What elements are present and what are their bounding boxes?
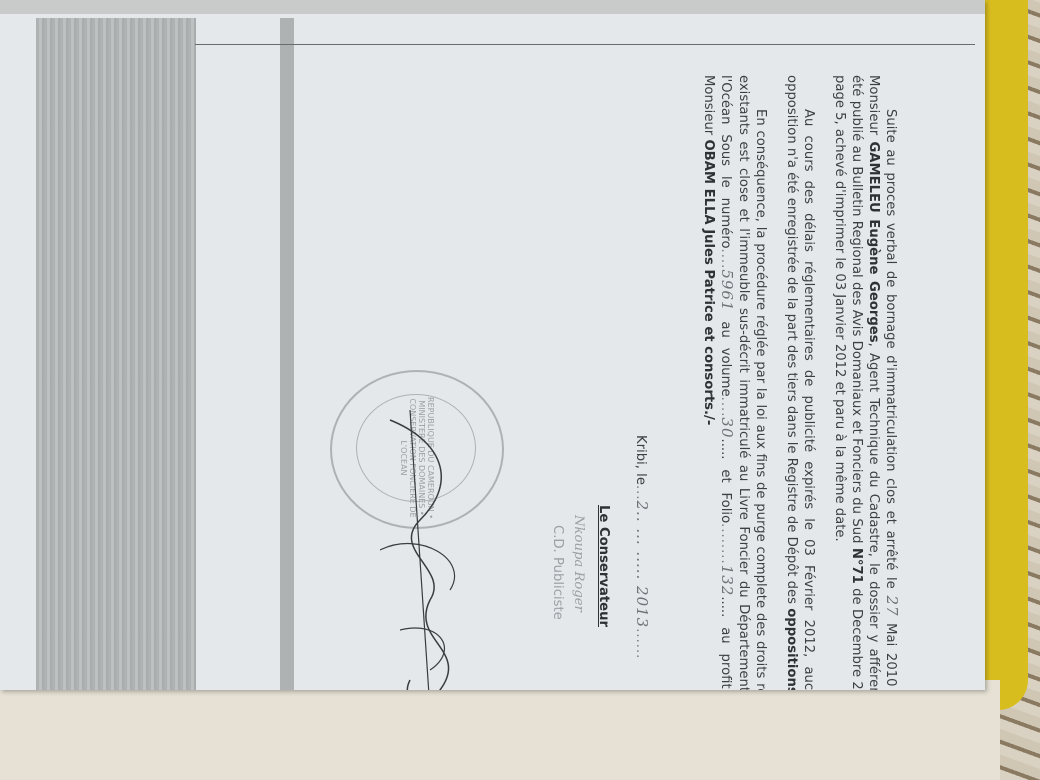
paragraph-opposition: Au cours des délais réglementaires de pu… bbox=[783, 75, 817, 690]
handwritten-value: 132 bbox=[718, 565, 736, 597]
signature-icon bbox=[380, 400, 480, 690]
document-page: Suite au proces verbal de bornage d'imma… bbox=[0, 0, 985, 690]
place-date-trailing-dots: ...... bbox=[633, 628, 648, 659]
place-date-dots: ... bbox=[633, 485, 648, 501]
toner-streak bbox=[36, 18, 196, 690]
bold-text: GAMELEU Eugène Georges bbox=[866, 141, 881, 342]
toner-line bbox=[280, 18, 294, 690]
bold-text: OBAM ELLA Jules Patrice et consorts./- bbox=[701, 139, 716, 425]
dotted-leader: ........ bbox=[718, 523, 733, 565]
handwritten-value: 5961 bbox=[718, 269, 736, 311]
body-text: ..... et Folio bbox=[718, 439, 733, 524]
page-edge-shadow bbox=[0, 0, 985, 14]
body-text: au volume bbox=[718, 312, 733, 397]
signer-title: Le Conservateur bbox=[595, 75, 612, 690]
place-date-label: Kribi, le bbox=[633, 435, 648, 485]
handwritten-date: 2.. ... ..... 2013 bbox=[633, 501, 651, 629]
signer-name: Nkoupa Roger bbox=[570, 75, 587, 690]
handwritten-value: 27 bbox=[883, 595, 901, 616]
bold-text: N°71 bbox=[849, 548, 864, 584]
dotted-leader: .... bbox=[718, 249, 733, 270]
place-date: Kribi, le...2.. ... ..... 2013...... bbox=[632, 75, 650, 690]
signer-role: C.D. Publiciste bbox=[549, 75, 566, 690]
handwritten-value: 30 bbox=[718, 417, 736, 438]
body-text: Suite au proces verbal de bornage d'imma… bbox=[883, 109, 898, 595]
rule-line bbox=[195, 44, 975, 45]
bold-text: oppositions bbox=[784, 608, 799, 690]
body-text: Au cours des délais réglementaires de pu… bbox=[784, 75, 816, 690]
paragraph-conclusion: En conséquence, la procédure réglée par … bbox=[700, 75, 769, 690]
underlying-sheet bbox=[0, 680, 1000, 780]
paragraph-publication: Suite au proces verbal de bornage d'imma… bbox=[831, 75, 900, 690]
dotted-leader: .... bbox=[718, 397, 733, 418]
